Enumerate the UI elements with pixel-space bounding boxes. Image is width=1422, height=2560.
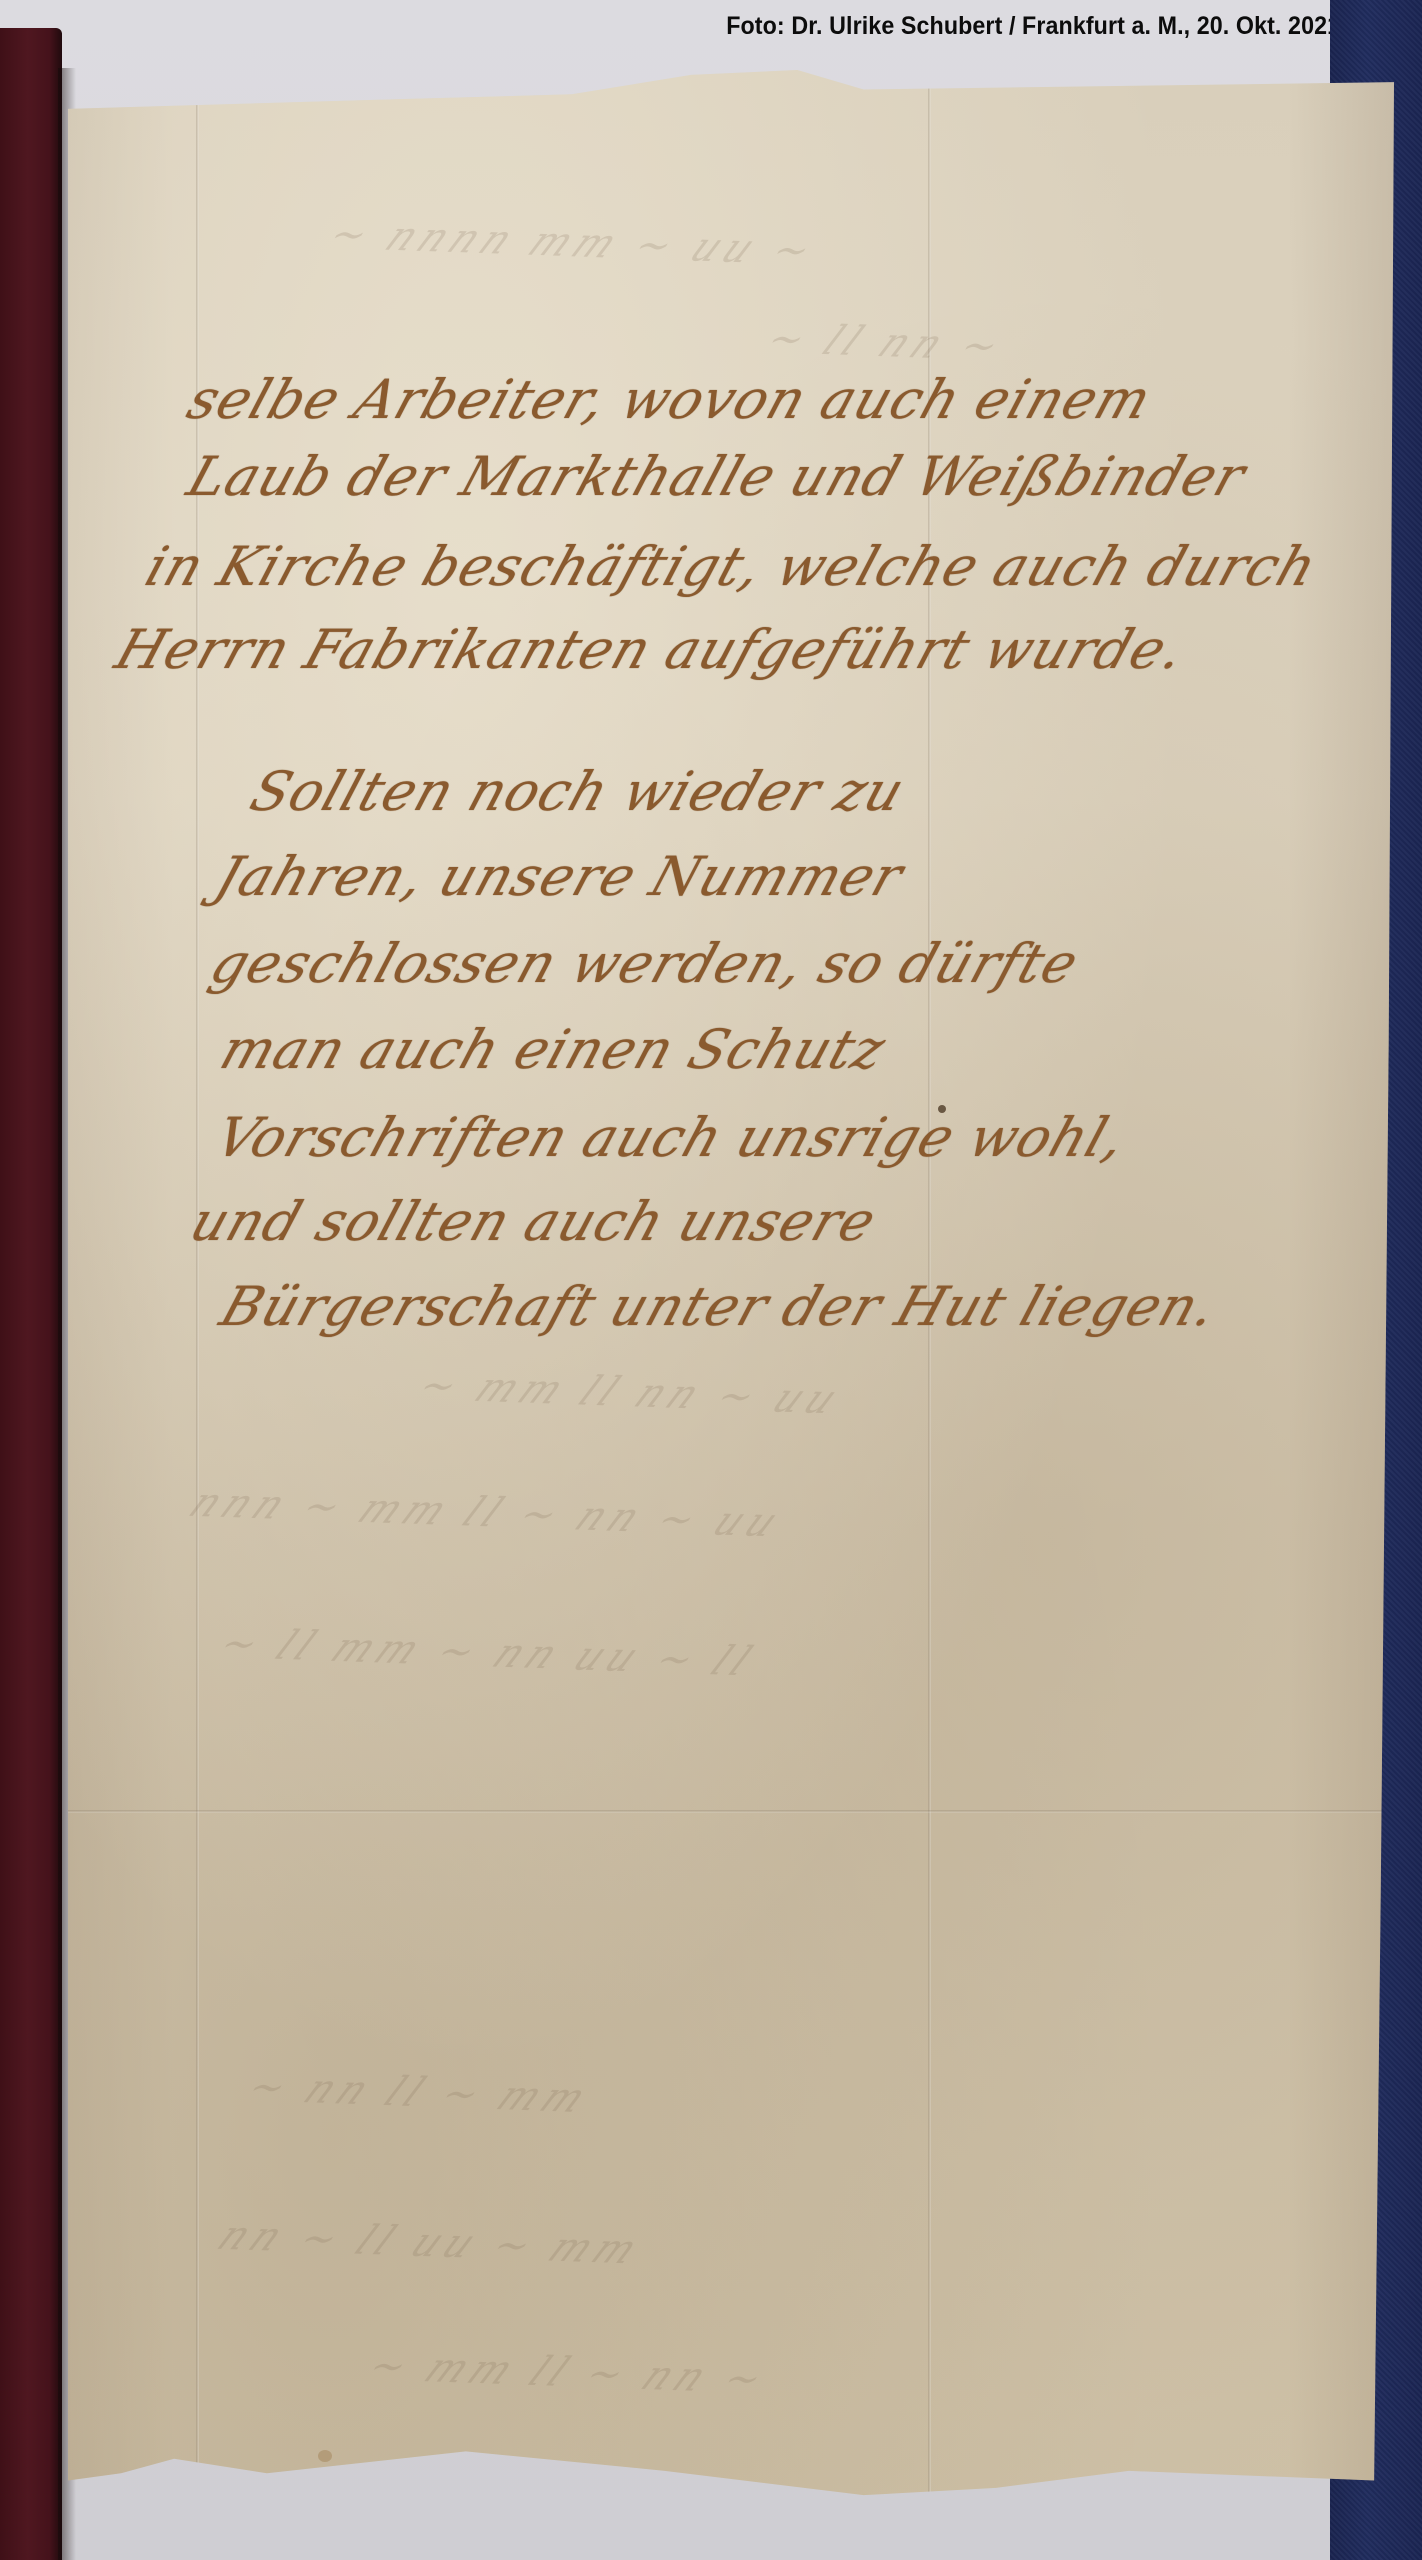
- photo-credit: Foto: Dr. Ulrike Schubert / Frankfurt a.…: [726, 12, 1340, 41]
- handwritten-line: geschlossen werden, so dürfte: [203, 932, 1087, 995]
- handwritten-line: in Kirche beschäftigt, welche auch durch: [138, 535, 1325, 598]
- handwritten-line: Laub der Markthalle und Weißbinder: [180, 445, 1254, 508]
- ink-bleed-through: ~ ll mm ~ nn uu ~ ll: [210, 1621, 765, 1686]
- handwritten-line: Jahren, unsere Nummer: [208, 845, 911, 908]
- ink-bleed-through: ~ nnnn mm ~ uu ~: [320, 211, 827, 274]
- ink-bleed-through: ~ ll nn ~: [757, 316, 1015, 370]
- handwritten-line: Bürgerschaft unter der Hut liegen.: [213, 1275, 1225, 1338]
- ink-bleed-through: ~ mm ll ~ nn ~: [359, 2343, 778, 2403]
- horizontal-fold: [68, 1810, 1394, 1813]
- handwritten-line: Vorschriften auch unsrige wohl,: [208, 1106, 1134, 1169]
- handwritten-line: Herrn Fabrikanten aufgeführt wurde.: [108, 618, 1193, 681]
- ink-bleed-through: nn ~ ll uu ~ mm: [209, 2213, 652, 2274]
- handwritten-line: und sollten auch unsere: [183, 1190, 884, 1253]
- handwritten-line: Sollten noch wieder zu: [243, 760, 913, 823]
- handwritten-line: selbe Arbeiter, wovon auch einem: [180, 368, 1160, 431]
- vertical-fold: [196, 70, 199, 2500]
- ink-bleed-through: ~ nn ll ~ mm: [238, 2064, 600, 2122]
- manuscript-page: ~ nnnn mm ~ uu ~ ~ ll nn ~ ~ mm ll nn ~ …: [68, 70, 1394, 2500]
- ink-bleed-through: nnn ~ mm ll ~ nn ~ uu: [181, 1480, 793, 1547]
- handwritten-line: man auch einen Schutz: [213, 1018, 894, 1081]
- ink-bleed-through: ~ mm ll nn ~ uu: [409, 1363, 852, 1424]
- left-book-cover: [0, 28, 62, 2560]
- paper-stain: [318, 2450, 332, 2462]
